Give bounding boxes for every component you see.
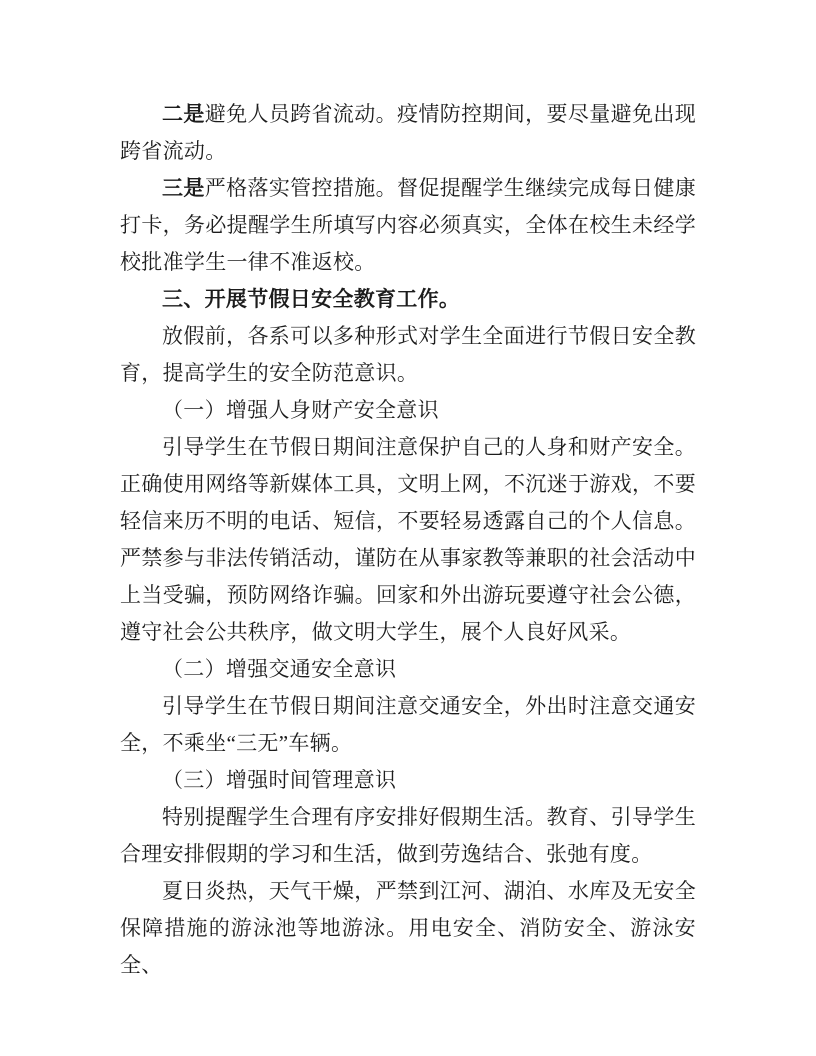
subsection-heading-3: （三）增强时间管理意识 — [120, 762, 696, 799]
subsection-heading-1: （一）增强人身财产安全意识 — [120, 392, 696, 429]
subsection-heading-2: （二）增强交通安全意识 — [120, 651, 696, 688]
section-heading: 三、开展节假日安全教育工作。 — [120, 281, 696, 318]
paragraph: 夏日炎热，天气干燥，严禁到江河、湖泊、水库及无安全保障措施的游泳池等地游泳。用电… — [120, 873, 696, 984]
document-body: 二是避免人员跨省流动。疫情防控期间，要尽量避免出现跨省流动。 三是严格落实管控措… — [120, 96, 696, 984]
paragraph: 放假前，各系可以多种形式对学生全面进行节假日安全教育，提高学生的安全防范意识。 — [120, 318, 696, 392]
paragraph: 引导学生在节假日期间注意保护自己的人身和财产安全。正确使用网络等新媒体工具，文明… — [120, 429, 696, 651]
paragraph: 引导学生在节假日期间注意交通安全，外出时注意交通安全，不乘坐“三无”车辆。 — [120, 688, 696, 762]
paragraph-item-two: 二是避免人员跨省流动。疫情防控期间，要尽量避免出现跨省流动。 — [120, 96, 696, 170]
paragraph-text: 严格落实管控措施。督促提醒学生继续完成每日健康打卡，务必提醒学生所填写内容必须真… — [120, 176, 696, 274]
paragraph: 特别提醒学生合理有序安排好假期生活。教育、引导学生合理安排假期的学习和生活，做到… — [120, 799, 696, 873]
paragraph-text: 避免人员跨省流动。疫情防控期间，要尽量避免出现跨省流动。 — [120, 102, 696, 163]
paragraph-bold-lead: 三是 — [162, 176, 205, 200]
document-page: 二是避免人员跨省流动。疫情防控期间，要尽量避免出现跨省流动。 三是严格落实管控措… — [0, 0, 816, 1056]
paragraph-item-three: 三是严格落实管控措施。督促提醒学生继续完成每日健康打卡，务必提醒学生所填写内容必… — [120, 170, 696, 281]
paragraph-bold-lead: 二是 — [162, 102, 205, 126]
